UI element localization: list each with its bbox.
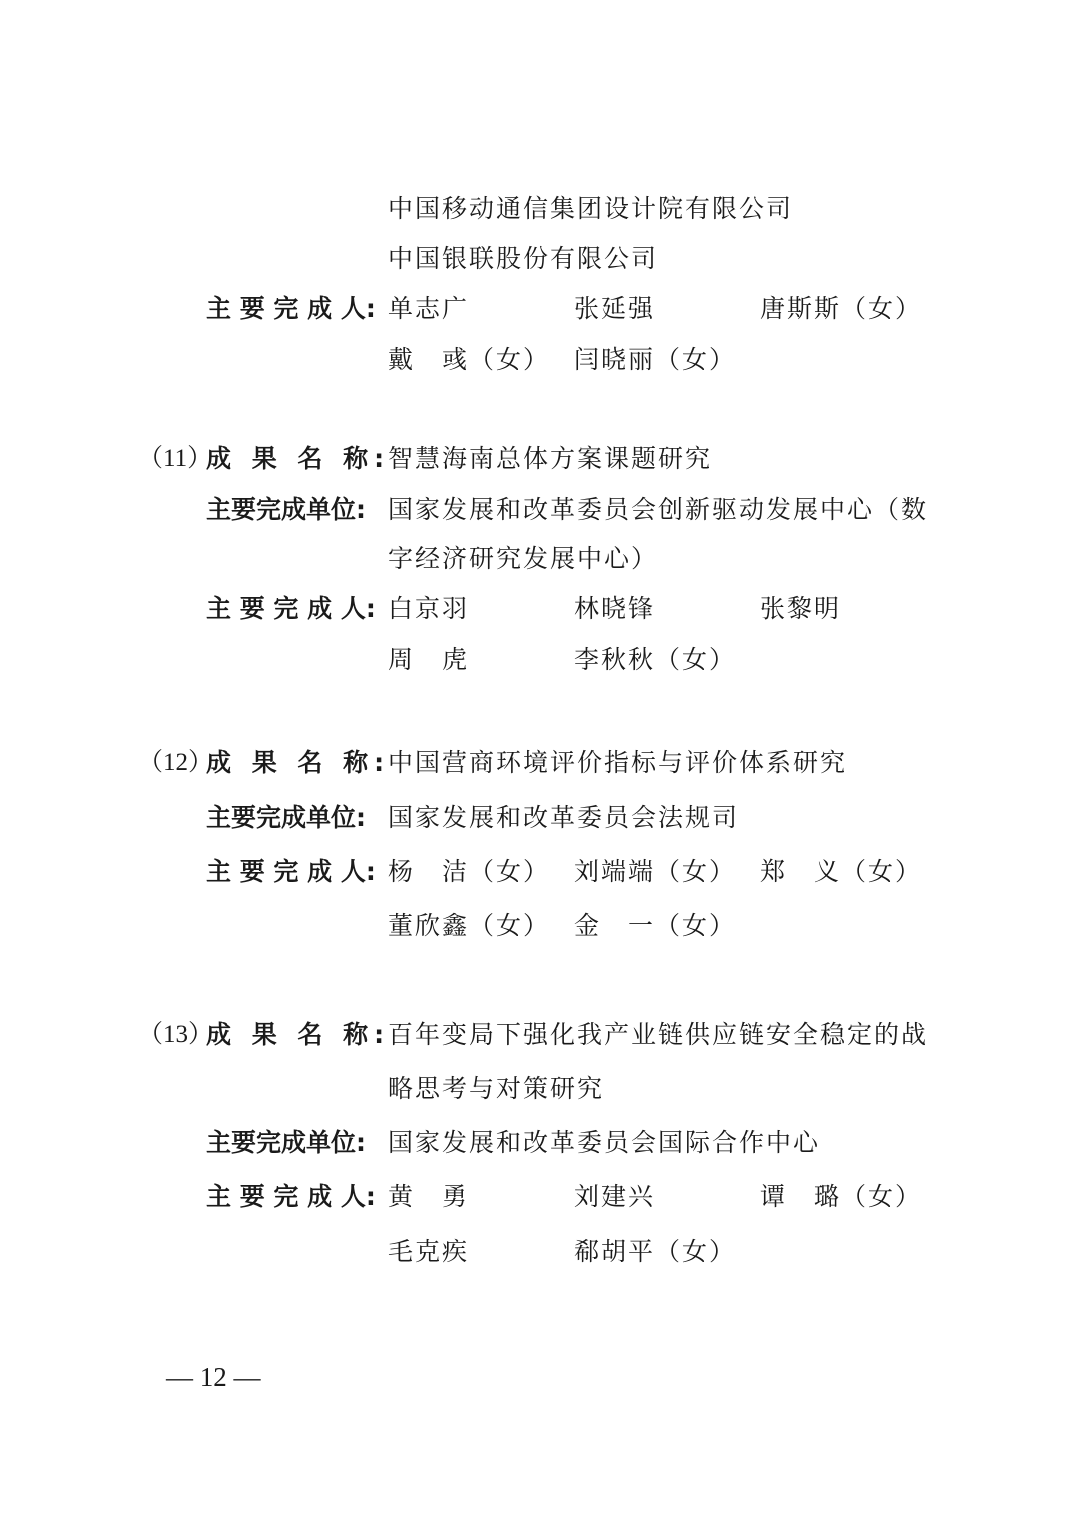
unit-line: 中国移动通信集团设计院有限公司	[388, 194, 793, 224]
person: 唐斯斯（女）	[760, 294, 922, 324]
person: 戴 彧（女）	[388, 345, 550, 375]
result-name: 略思考与对策研究	[388, 1074, 604, 1104]
unit-line: 国家发展和改革委员会法规司	[388, 803, 739, 833]
unit-line: 国家发展和改革委员会国际合作中心	[388, 1128, 820, 1158]
unit-label: 主要完成单位:	[206, 803, 366, 833]
entry-number: （12）	[138, 748, 213, 778]
page-number: — 12 —	[166, 1362, 261, 1393]
persons-label: 主 要 完 成 人:	[206, 294, 376, 324]
unit-label: 主要完成单位:	[206, 1128, 366, 1158]
person: 毛克疾	[388, 1237, 469, 1267]
unit-line: 国家发展和改革委员会创新驱动发展中心（数	[388, 495, 928, 525]
person: 黄 勇	[388, 1182, 469, 1212]
entry-number: （11）	[138, 444, 212, 474]
person: 刘建兴	[574, 1182, 655, 1212]
person: 刘端端（女）	[574, 857, 736, 887]
persons-label: 主 要 完 成 人:	[206, 594, 376, 624]
persons-label: 主 要 完 成 人:	[206, 1182, 376, 1212]
name-label: 成 果 名 称:	[206, 748, 384, 778]
person: 张黎明	[760, 594, 841, 624]
unit-line: 字经济研究发展中心）	[388, 544, 658, 574]
person: 郗胡平（女）	[574, 1237, 736, 1267]
person: 董欣鑫（女）	[388, 911, 550, 941]
person: 郑 义（女）	[760, 857, 922, 887]
name-label: 成 果 名 称:	[206, 1020, 384, 1050]
person: 白京羽	[388, 594, 469, 624]
result-name: 百年变局下强化我产业链供应链安全稳定的战	[388, 1020, 928, 1050]
person: 单志广	[388, 294, 469, 324]
unit-label: 主要完成单位:	[206, 495, 366, 525]
person: 谭 璐（女）	[760, 1182, 922, 1212]
result-name: 智慧海南总体方案课题研究	[388, 444, 712, 474]
person: 林晓锋	[574, 594, 655, 624]
person: 李秋秋（女）	[574, 645, 736, 675]
unit-line: 中国银联股份有限公司	[388, 244, 658, 274]
person: 张延强	[574, 294, 655, 324]
person: 周 虎	[388, 645, 469, 675]
person: 闫晓丽（女）	[574, 345, 736, 375]
person: 金 一（女）	[574, 911, 736, 941]
persons-label: 主 要 完 成 人:	[206, 857, 376, 887]
result-name: 中国营商环境评价指标与评价体系研究	[388, 748, 847, 778]
name-label: 成 果 名 称:	[206, 444, 384, 474]
entry-number: （13）	[138, 1020, 213, 1050]
person: 杨 洁（女）	[388, 857, 550, 887]
